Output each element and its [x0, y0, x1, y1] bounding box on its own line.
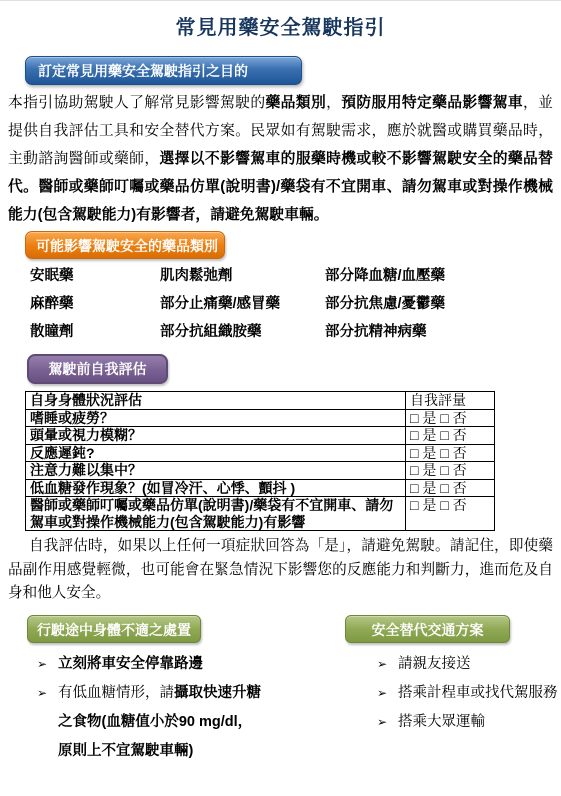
drug-category-item: 部分降血糖/血壓藥: [325, 268, 553, 284]
text-segment: 立刻將車安全停靠路邊: [58, 656, 203, 672]
page-title: 常見用藥安全駕駛指引: [0, 16, 561, 41]
arrow-bullet-icon: ➢: [377, 679, 387, 708]
assessment-answer-checkboxes: □ 是 □ 否: [406, 444, 495, 462]
list-item: ➢立刻將車安全停靠路邊: [35, 650, 280, 679]
drug-category-grid: 安眠藥肌肉鬆弛劑部分降血糖/血壓藥麻醉藥部分止痛藥/感冒藥部分抗焦慮/憂鬱藥散瞳…: [30, 268, 553, 340]
purpose-paragraph: 本指引協助駕駛人了解常見影響駕駛的藥品類別，預防服用特定藥品影響駕車，並提供自我…: [8, 89, 553, 229]
assessment-answer-checkboxes: □ 是 □ 否: [406, 479, 495, 497]
text-segment: 有低血糖情形，請: [58, 685, 174, 701]
purpose-section-banner: 訂定常見用藥安全駕駛指引之目的: [25, 56, 302, 85]
assessment-question: 注意力難以集中？: [26, 462, 406, 480]
text-segment: 原則上不宜駕駛車輛): [58, 743, 193, 759]
assessment-question: 反應遲鈍?: [26, 444, 406, 462]
assessment-answer-checkboxes: □ 是 □ 否: [406, 462, 495, 480]
table-row: 醫師或藥師叮囑或藥品仿單(說明書)/藥袋有不宜開車、請勿駕車或對操作機械能力(包…: [26, 497, 495, 531]
bottom-banner-row: 行駛途中身體不適之處置 安全替代交通方案: [0, 615, 561, 643]
arrow-bullet-icon: ➢: [377, 650, 387, 679]
assessment-answer-checkboxes: □ 是 □ 否: [406, 497, 495, 531]
drug-category-item: 部分抗精神病藥: [325, 324, 553, 340]
table-row: 注意力難以集中？□ 是 □ 否: [26, 462, 495, 480]
assessment-question: 嗜睡或疲勞？: [26, 409, 406, 427]
drug-category-item: 部分抗組織胺藥: [160, 324, 325, 340]
table-row: 嗜睡或疲勞？□ 是 □ 否: [26, 409, 495, 427]
table-header-cell: 自身身體狀況評估: [26, 392, 406, 410]
text-segment: ，: [326, 95, 341, 111]
text-segment: 預防服用特定藥品影響駕車: [341, 95, 523, 111]
document-page: 常見用藥安全駕駛指引 訂定常見用藥安全駕駛指引之目的 本指引協助駕駛人了解常見影…: [0, 0, 561, 796]
list-item: ➢請親友接送: [375, 650, 561, 679]
text-segment: 請親友接送: [398, 656, 471, 672]
table-header-cell: 自我評量: [406, 392, 495, 410]
alternatives-section-banner: 安全替代交通方案: [345, 615, 510, 643]
assessment-answer-checkboxes: □ 是 □ 否: [406, 427, 495, 445]
text-segment: 醫師或藥師叮囑或藥品仿單(說明書)/藥袋有不宜開車、請勿駕車或對操作機械能力(包…: [8, 179, 553, 223]
drug-category-item: 安眠藥: [30, 268, 160, 284]
list-item: ➢搭乘大眾運輸: [375, 708, 561, 737]
discomfort-list: ➢立刻將車安全停靠路邊➢有低血糖情形，請攝取快速升糖之食物(血糖值小於90 mg…: [35, 650, 280, 766]
text-segment: 之食物(血糖值小於90 mg/dl，: [58, 714, 252, 730]
arrow-bullet-icon: ➢: [37, 650, 47, 679]
table-row: 低血糖發作現象？(如冒冷汗、心悸、顫抖 )□ 是 □ 否: [26, 479, 495, 497]
table-row: 反應遲鈍?□ 是 □ 否: [26, 444, 495, 462]
drug-category-item: 部分抗焦慮/憂鬱藥: [325, 296, 553, 312]
drug-category-item: 肌肉鬆弛劑: [160, 268, 325, 284]
list-item: ➢搭乘計程車或找代駕服務: [375, 679, 561, 708]
bottom-lists-row: ➢立刻將車安全停靠路邊➢有低血糖情形，請攝取快速升糖之食物(血糖值小於90 mg…: [0, 650, 561, 766]
text-segment: 搭乘計程車或找代駕服務: [398, 685, 558, 701]
assessment-note: 自我評估時，如果以上任何一項症狀回答為「是」，請避免駕駛。請記住，即使藥品副作用…: [8, 535, 553, 606]
drug-category-item: 部分止痛藥/感冒藥: [160, 296, 325, 312]
assessment-question: 低血糖發作現象？(如冒冷汗、心悸、顫抖 ): [26, 479, 406, 497]
assessment-answer-checkboxes: □ 是 □ 否: [406, 409, 495, 427]
drug-category-item: 麻醉藥: [30, 296, 160, 312]
text-segment: 藥品類別: [266, 95, 327, 111]
text-segment: 搭乘大眾運輸: [398, 714, 485, 730]
alternatives-list: ➢請親友接送➢搭乘計程車或找代駕服務➢搭乘大眾運輸: [375, 650, 561, 766]
arrow-bullet-icon: ➢: [377, 708, 387, 737]
table-header-row: 自身身體狀況評估自我評量: [26, 392, 495, 410]
arrow-bullet-icon: ➢: [37, 679, 47, 708]
assessment-question: 頭暈或視力模糊？: [26, 427, 406, 445]
discomfort-section-banner: 行駛途中身體不適之處置: [27, 615, 201, 643]
assessment-question: 醫師或藥師叮囑或藥品仿單(說明書)/藥袋有不宜開車、請勿駕車或對操作機械能力(包…: [26, 497, 406, 531]
categories-section-banner: 可能影響駕駛安全的藥品類別: [25, 231, 225, 259]
list-item: ➢有低血糖情形，請攝取快速升糖之食物(血糖值小於90 mg/dl，原則上不宜駕駛…: [35, 679, 280, 766]
self-assessment-table: 自身身體狀況評估自我評量嗜睡或疲勞？□ 是 □ 否頭暈或視力模糊？□ 是 □ 否…: [25, 391, 495, 531]
self-assessment-section-banner: 駕駛前自我評估: [27, 354, 168, 384]
text-segment: 攝取快速升糖: [174, 685, 261, 701]
text-segment: 本指引協助駕駛人了解常見影響駕駛的: [8, 95, 266, 111]
drug-category-item: 散瞳劑: [30, 324, 160, 340]
table-row: 頭暈或視力模糊？□ 是 □ 否: [26, 427, 495, 445]
